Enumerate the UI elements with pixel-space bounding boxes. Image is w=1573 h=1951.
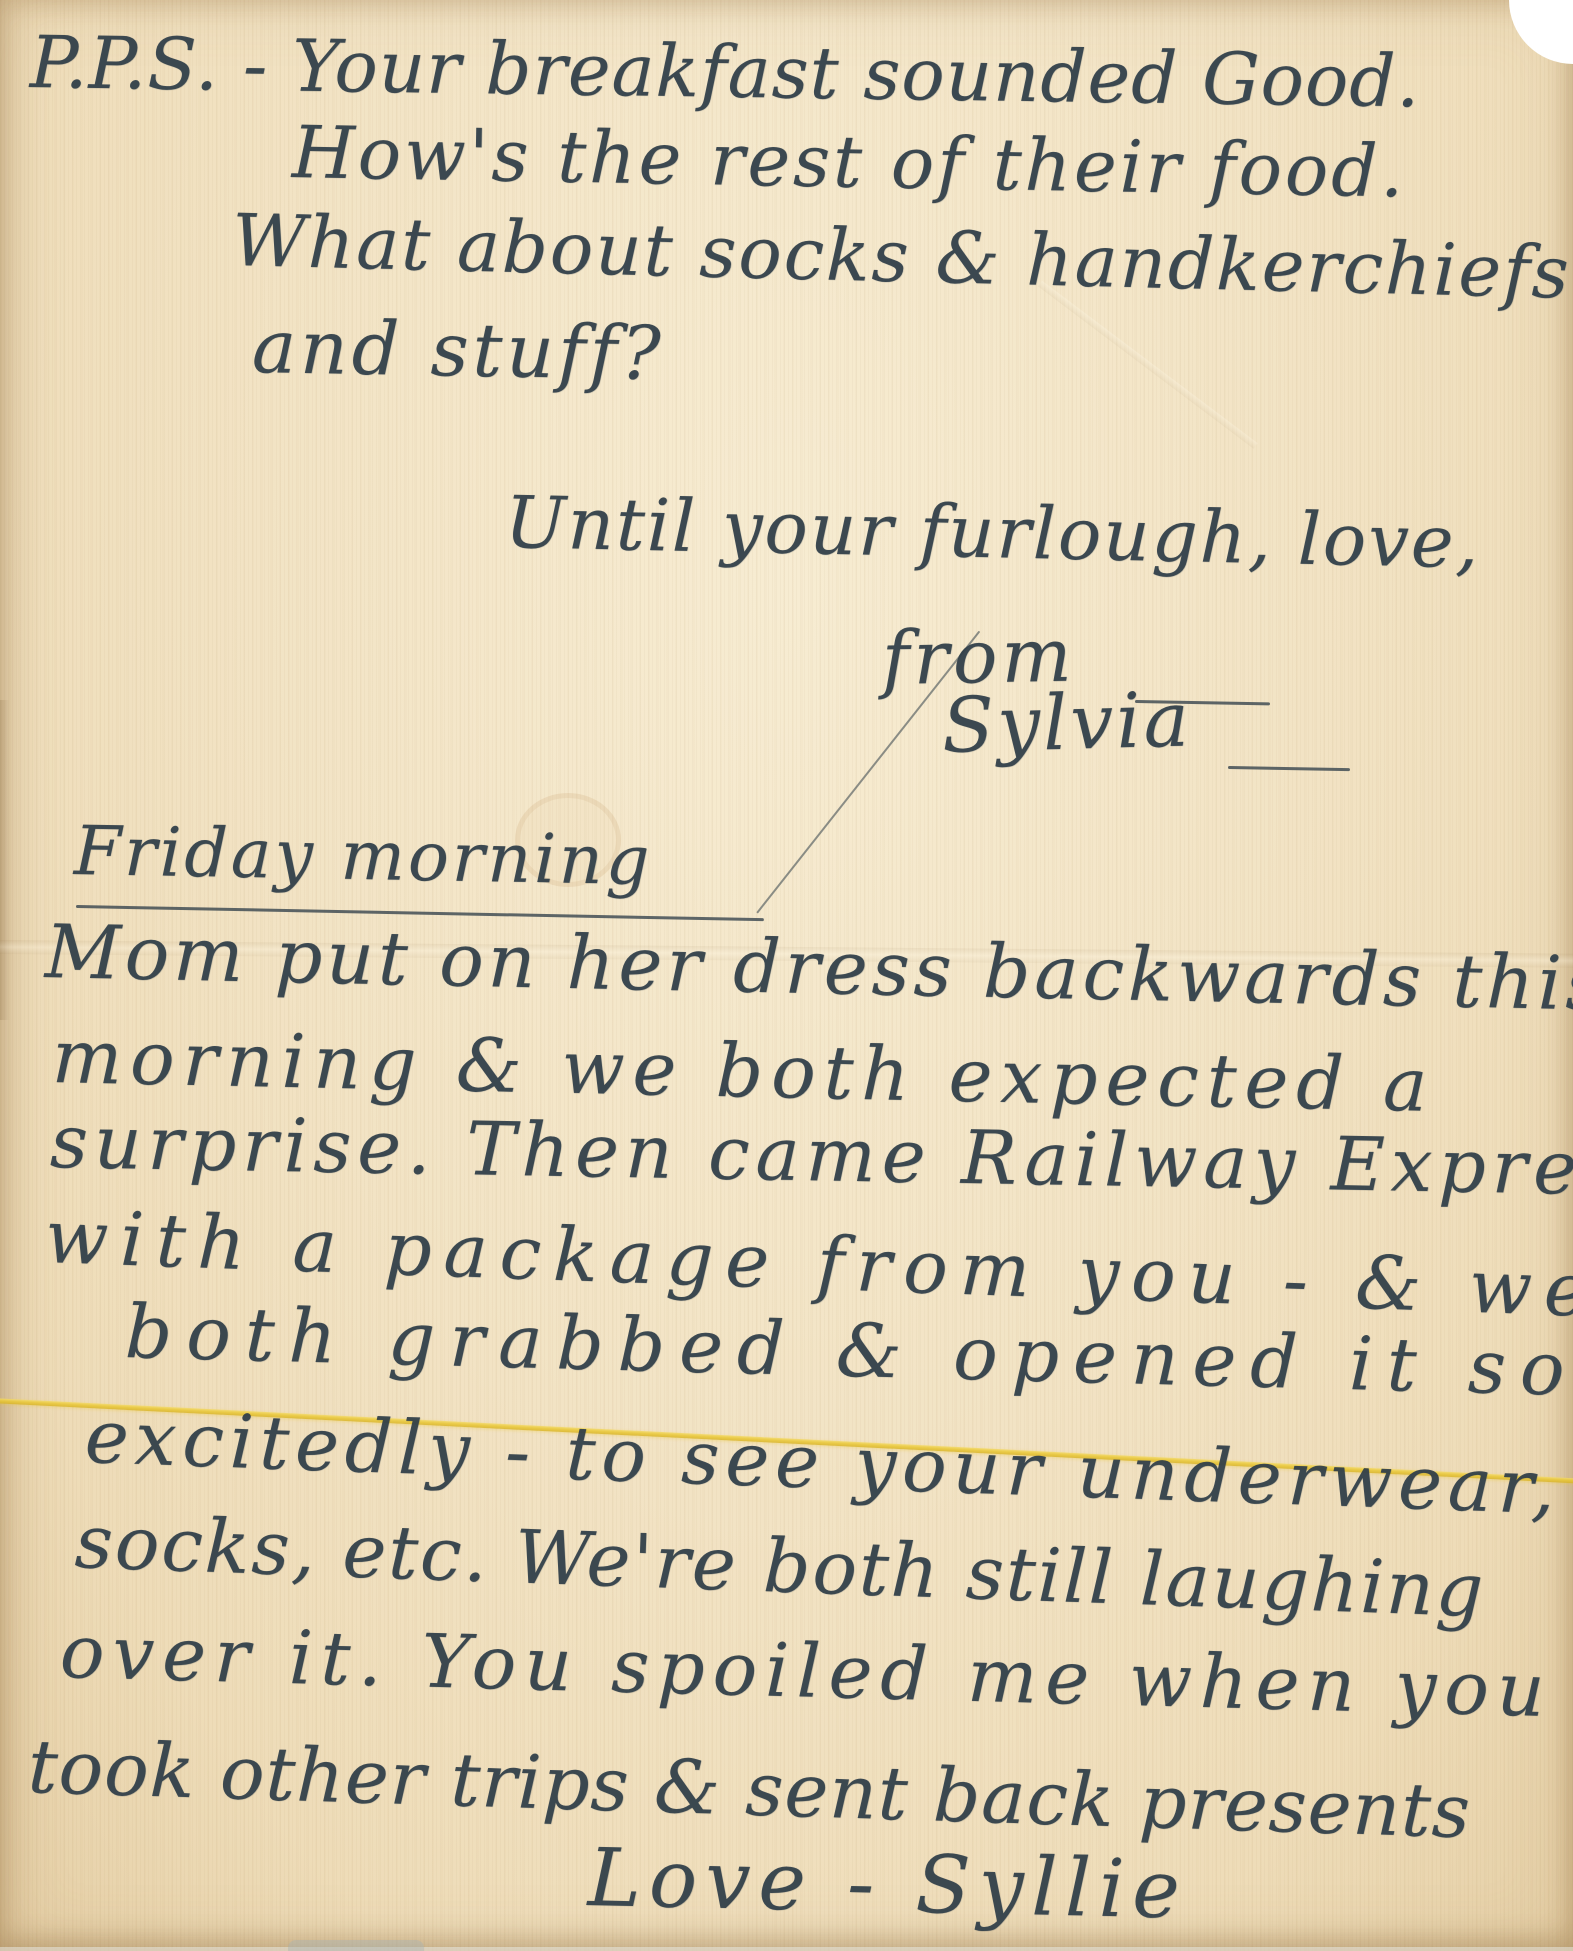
handwriting-line-closing: Until your furlough, love,: [504, 486, 1481, 578]
letter-heading-friday-morning: Friday morning: [73, 818, 652, 896]
scanned-letter-page: P.P.S. - Your breakfast sounded Good. Ho…: [0, 0, 1573, 1951]
handwriting-line-pps-4: and stuff?: [251, 310, 665, 391]
handwriting-line-pps-2: How's the rest of their food.: [291, 116, 1407, 207]
left-edge-fold-shadow: [0, 700, 10, 1020]
signature-signoff: Love - Syllie: [587, 1838, 1188, 1931]
bottom-scanner-edge: [0, 1947, 1573, 1951]
handwriting-line-pps-1: P.P.S. - Your breakfast sounded Good.: [29, 26, 1420, 117]
signature-sylvia: Sylvia: [941, 681, 1193, 764]
scanner-edge-blob: [288, 1940, 424, 1951]
